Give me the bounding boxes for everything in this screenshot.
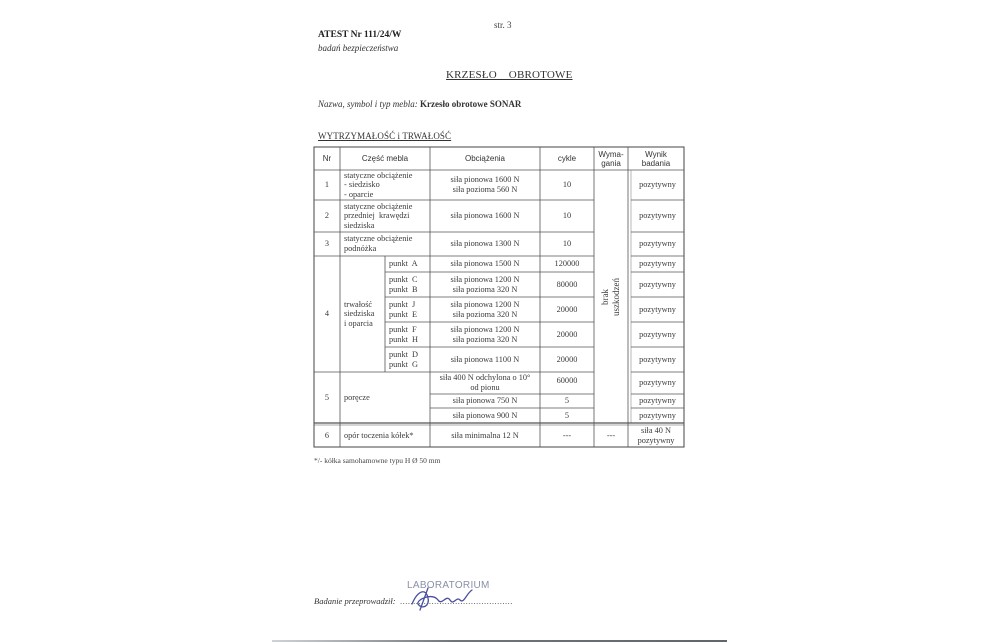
sub-result: pozytywny [631,394,684,408]
column-header-nr: Nr [314,147,340,170]
sub-cycles: 20000 [540,322,594,347]
product-name-label: Nazwa, symbol i typ mebla: [318,99,418,109]
row-result: pozytywny [631,200,684,232]
section-title: WYTRZYMAŁOŚĆ i TRWAŁOŚĆ [318,131,451,141]
sub-cycles: 20000 [540,297,594,322]
sub-result: pozytywny [631,322,684,347]
row-part: trwałość siedziska i oparcia [340,256,385,372]
row-part: statyczne obciążenie przedniej krawędzi … [340,200,430,232]
sub-cycles: 5 [540,408,594,423]
row-result: pozytywny [631,232,684,256]
row-cycles: 10 [540,200,594,232]
page-number: str. 3 [494,20,512,30]
row-nr: 3 [314,232,340,256]
product-name-line: Nazwa, symbol i typ mebla: Krzesło obrot… [318,99,521,109]
row-nr: 5 [314,372,340,423]
sub-cycles: 80000 [540,272,594,297]
certificate-subtitle: badań bezpieczeństwa [318,43,398,53]
sub-load: siła pionowa 1200 N siła pozioma 320 N [430,322,540,347]
sub-cycles: 120000 [540,256,594,272]
row-nr: 4 [314,256,340,372]
sub-point: punkt A [385,256,430,272]
column-header-requirements: Wyma- gania [594,147,628,170]
row-load: siła pionowa 1600 N [430,200,540,232]
row-part: opór toczenia kółek* [340,425,430,447]
sub-load: siła pionowa 1200 N siła pozioma 320 N [430,272,540,297]
sub-load: siła pionowa 750 N [430,394,540,408]
column-header-result: Wynik badania [628,147,684,170]
sub-point: punkt J punkt E [385,297,430,322]
column-header-part: Część mebla [340,147,430,170]
certificate-number: ATEST Nr 111/24/W [318,30,401,40]
row-cycles: 10 [540,170,594,200]
page-bottom-edge [272,640,727,642]
requirement-no-damage: brak uszkodzeń [594,170,628,423]
sub-result: pozytywny [631,297,684,322]
sub-result: pozytywny [631,347,684,372]
sub-load: siła 400 N odchylona o 10° od pionu [430,372,540,394]
row-load: siła pionowa 1600 N siła pozioma 560 N [430,170,540,200]
row-nr: 2 [314,200,340,232]
sub-load: siła pionowa 1100 N [430,347,540,372]
row-part: statyczne obciążenie - siedzisko - oparc… [340,170,430,200]
sub-cycles: 60000 [540,372,594,394]
product-name-value: Krzesło obrotowe SONAR [420,99,521,109]
sub-cycles: 20000 [540,347,594,372]
column-header-cycles: cykle [540,147,594,170]
row-nr: 6 [314,425,340,447]
document-title: KRZESŁO OBROTOWE [446,69,573,81]
row-result: pozytywny [631,170,684,200]
sub-point: punkt F punkt H [385,322,430,347]
sub-point: punkt D punkt G [385,347,430,372]
row-load: siła pionowa 1300 N [430,232,540,256]
row-nr: 1 [314,170,340,200]
row-part: statyczne obciążenie podnóżka [340,232,430,256]
sub-result: pozytywny [631,372,684,394]
row-cycles: --- [540,425,594,447]
row-result: siła 40 N pozytywny [628,425,684,447]
signature-label: Badanie przeprowadził: [314,596,396,606]
sub-load: siła pionowa 1500 N [430,256,540,272]
footnote: */- kółka samohamowne typu H Ø 50 mm [314,456,440,465]
sub-result: pozytywny [631,408,684,423]
sub-load: siła pionowa 900 N [430,408,540,423]
sub-result: pozytywny [631,256,684,272]
sub-cycles: 5 [540,394,594,408]
row-requirement: --- [594,425,628,447]
row-load: siła minimalna 12 N [430,425,540,447]
row-cycles: 10 [540,232,594,256]
column-header-load: Obciążenia [430,147,540,170]
sub-point: punkt C punkt B [385,272,430,297]
sub-result: pozytywny [631,272,684,297]
signature-icon [408,584,478,614]
row-part: poręcze [340,372,430,423]
sub-load: siła pionowa 1200 N siła pozioma 320 N [430,297,540,322]
